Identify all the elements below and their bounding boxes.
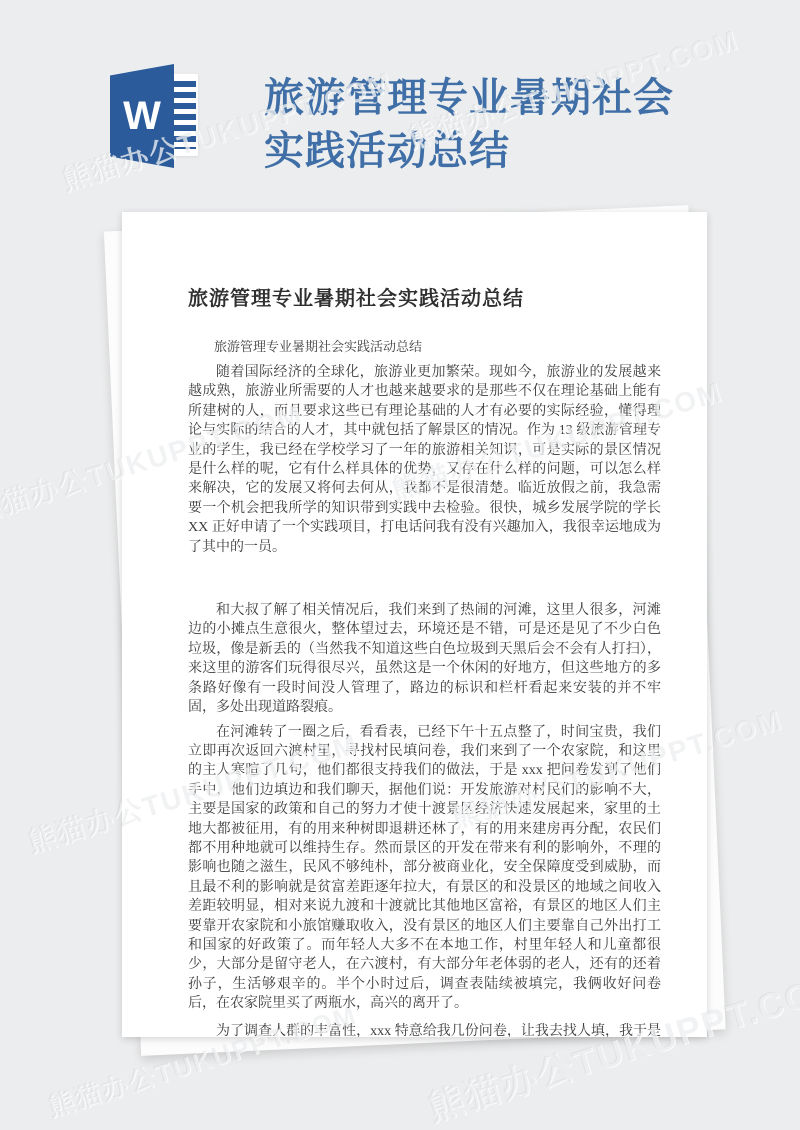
document-paragraph: 为了调查人群的丰富性，xxx 特意给我几份问卷，让我去找人填，我于是拿 (188, 1022, 661, 1037)
document-title: 旅游管理专业暑期社会实践活动总结 (188, 285, 661, 313)
word-logo-w-panel: W (110, 64, 174, 168)
document-paragraph: 在河滩转了一圈之后，看看表，已经下午十五点整了，时间宝贵，我们立即再次返回六渡村… (188, 723, 661, 1014)
page-title: 旅游管理专业暑期社会 实践活动总结 (264, 72, 724, 178)
page-title-line-1: 旅游管理专业暑期社会 (264, 72, 724, 125)
word-logo-letter: W (123, 96, 161, 136)
document-subtitle: 旅游管理专业暑期社会实践活动总结 (188, 337, 661, 356)
document-page: 旅游管理专业暑期社会实践活动总结 旅游管理专业暑期社会实践活动总结 随着国际经济… (122, 212, 707, 1037)
page-title-line-2: 实践活动总结 (264, 125, 724, 178)
document-paragraph: 和大叔了解了相关情况后，我们来到了热闹的河滩，这里人很多，河滩边的小摊点生意很火… (188, 601, 661, 717)
word-logo: W (108, 64, 200, 168)
page-background: 熊猫办公TUKUPPT.COM 熊猫办公TUKUPPT.COM 熊猫办公TUKU… (0, 0, 800, 1130)
document-paragraph: 随着国际经济的全球化，旅游业更加繁荣。现如今，旅游业的发展越来越成熟，旅游业所需… (188, 363, 661, 557)
